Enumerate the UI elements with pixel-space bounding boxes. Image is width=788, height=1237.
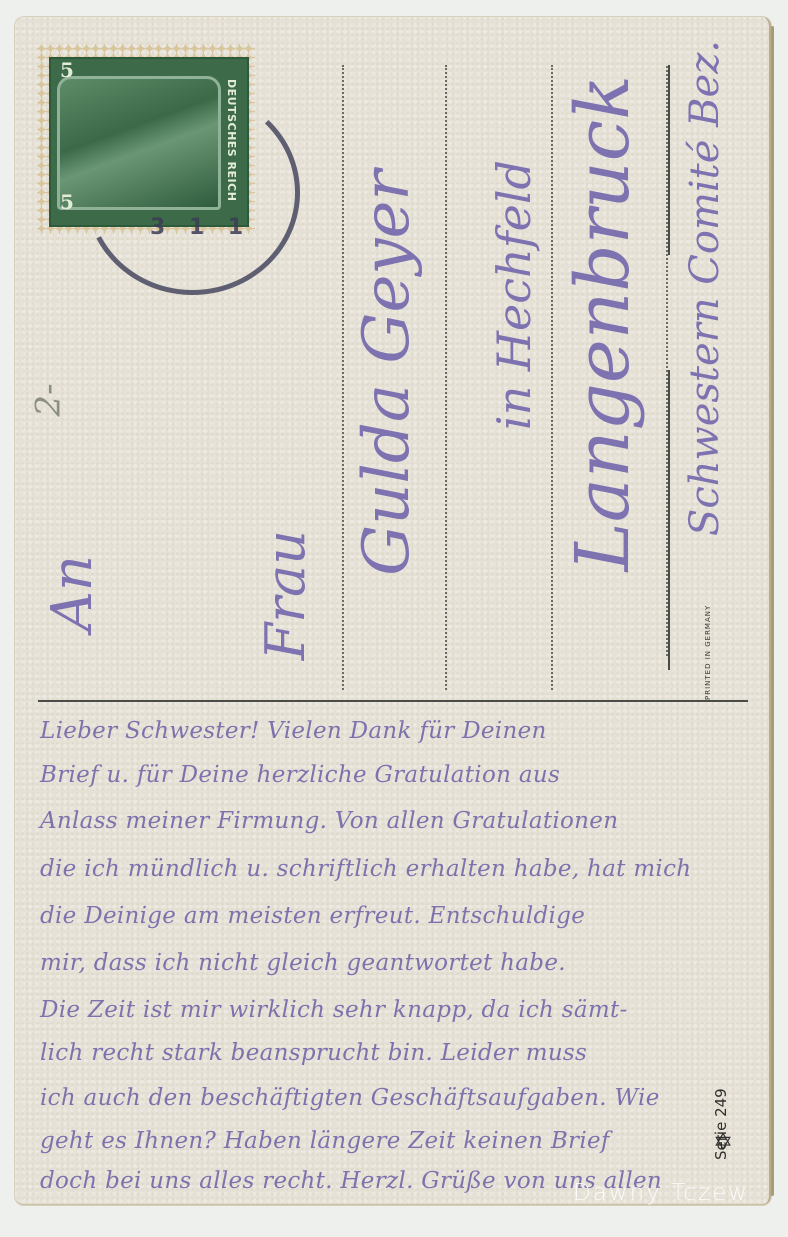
address-name: Gulda Geyer (350, 170, 424, 576)
message-line: Die Zeit ist mir wirklich sehr knapp, da… (40, 997, 628, 1023)
star-of-david-icon: ✡ (713, 1128, 733, 1156)
message-line: Lieber Schwester! Vielen Dank für Deinen (40, 718, 547, 744)
message-line: geht es Ihnen? Haben längere Zeit keinen… (40, 1128, 610, 1154)
printed-in-germany-text: PRINTED IN GERMANY (704, 570, 712, 700)
address-line-solid-top (668, 65, 670, 255)
message-line: die ich mündlich u. schriftlich erhalten… (40, 856, 691, 882)
address-line-2 (445, 65, 447, 690)
message-line: ich auch den beschäftigten Geschäftsaufg… (40, 1085, 660, 1111)
address-place: in Hechfeld (487, 160, 541, 430)
message-line: die Deinige am meisten erfreut. Entschul… (40, 903, 585, 929)
stamp-denomination-bottom: 5 (60, 190, 74, 214)
postcard-edge (771, 26, 774, 1196)
address-title: Frau (254, 530, 317, 660)
address-district: Schwestern Comité Bez. (682, 40, 728, 536)
divider-line (38, 700, 748, 702)
message-line: lich recht stark beansprucht bin. Leider… (40, 1040, 587, 1066)
message-line: doch bei uns alles recht. Herzl. Grüße v… (40, 1168, 662, 1194)
address-salutation: An (40, 555, 105, 632)
address-line-1 (342, 65, 344, 690)
message-line: Anlass meiner Firmung. Von allen Gratula… (40, 808, 618, 834)
watermark: Dawny Tczew (573, 1180, 749, 1206)
pencil-note: 2- (29, 383, 69, 416)
address-line-solid (668, 370, 670, 670)
postmark-date: 3 1 1 (150, 215, 251, 240)
stamp-denomination-top: 5 (60, 58, 74, 82)
address-line-3 (551, 65, 553, 690)
message-line: Brief u. für Deine herzliche Gratulation… (40, 762, 560, 788)
address-town: Langenbruck (560, 75, 646, 571)
message-line: mir, dass ich nicht gleich geantwortet h… (40, 950, 566, 976)
